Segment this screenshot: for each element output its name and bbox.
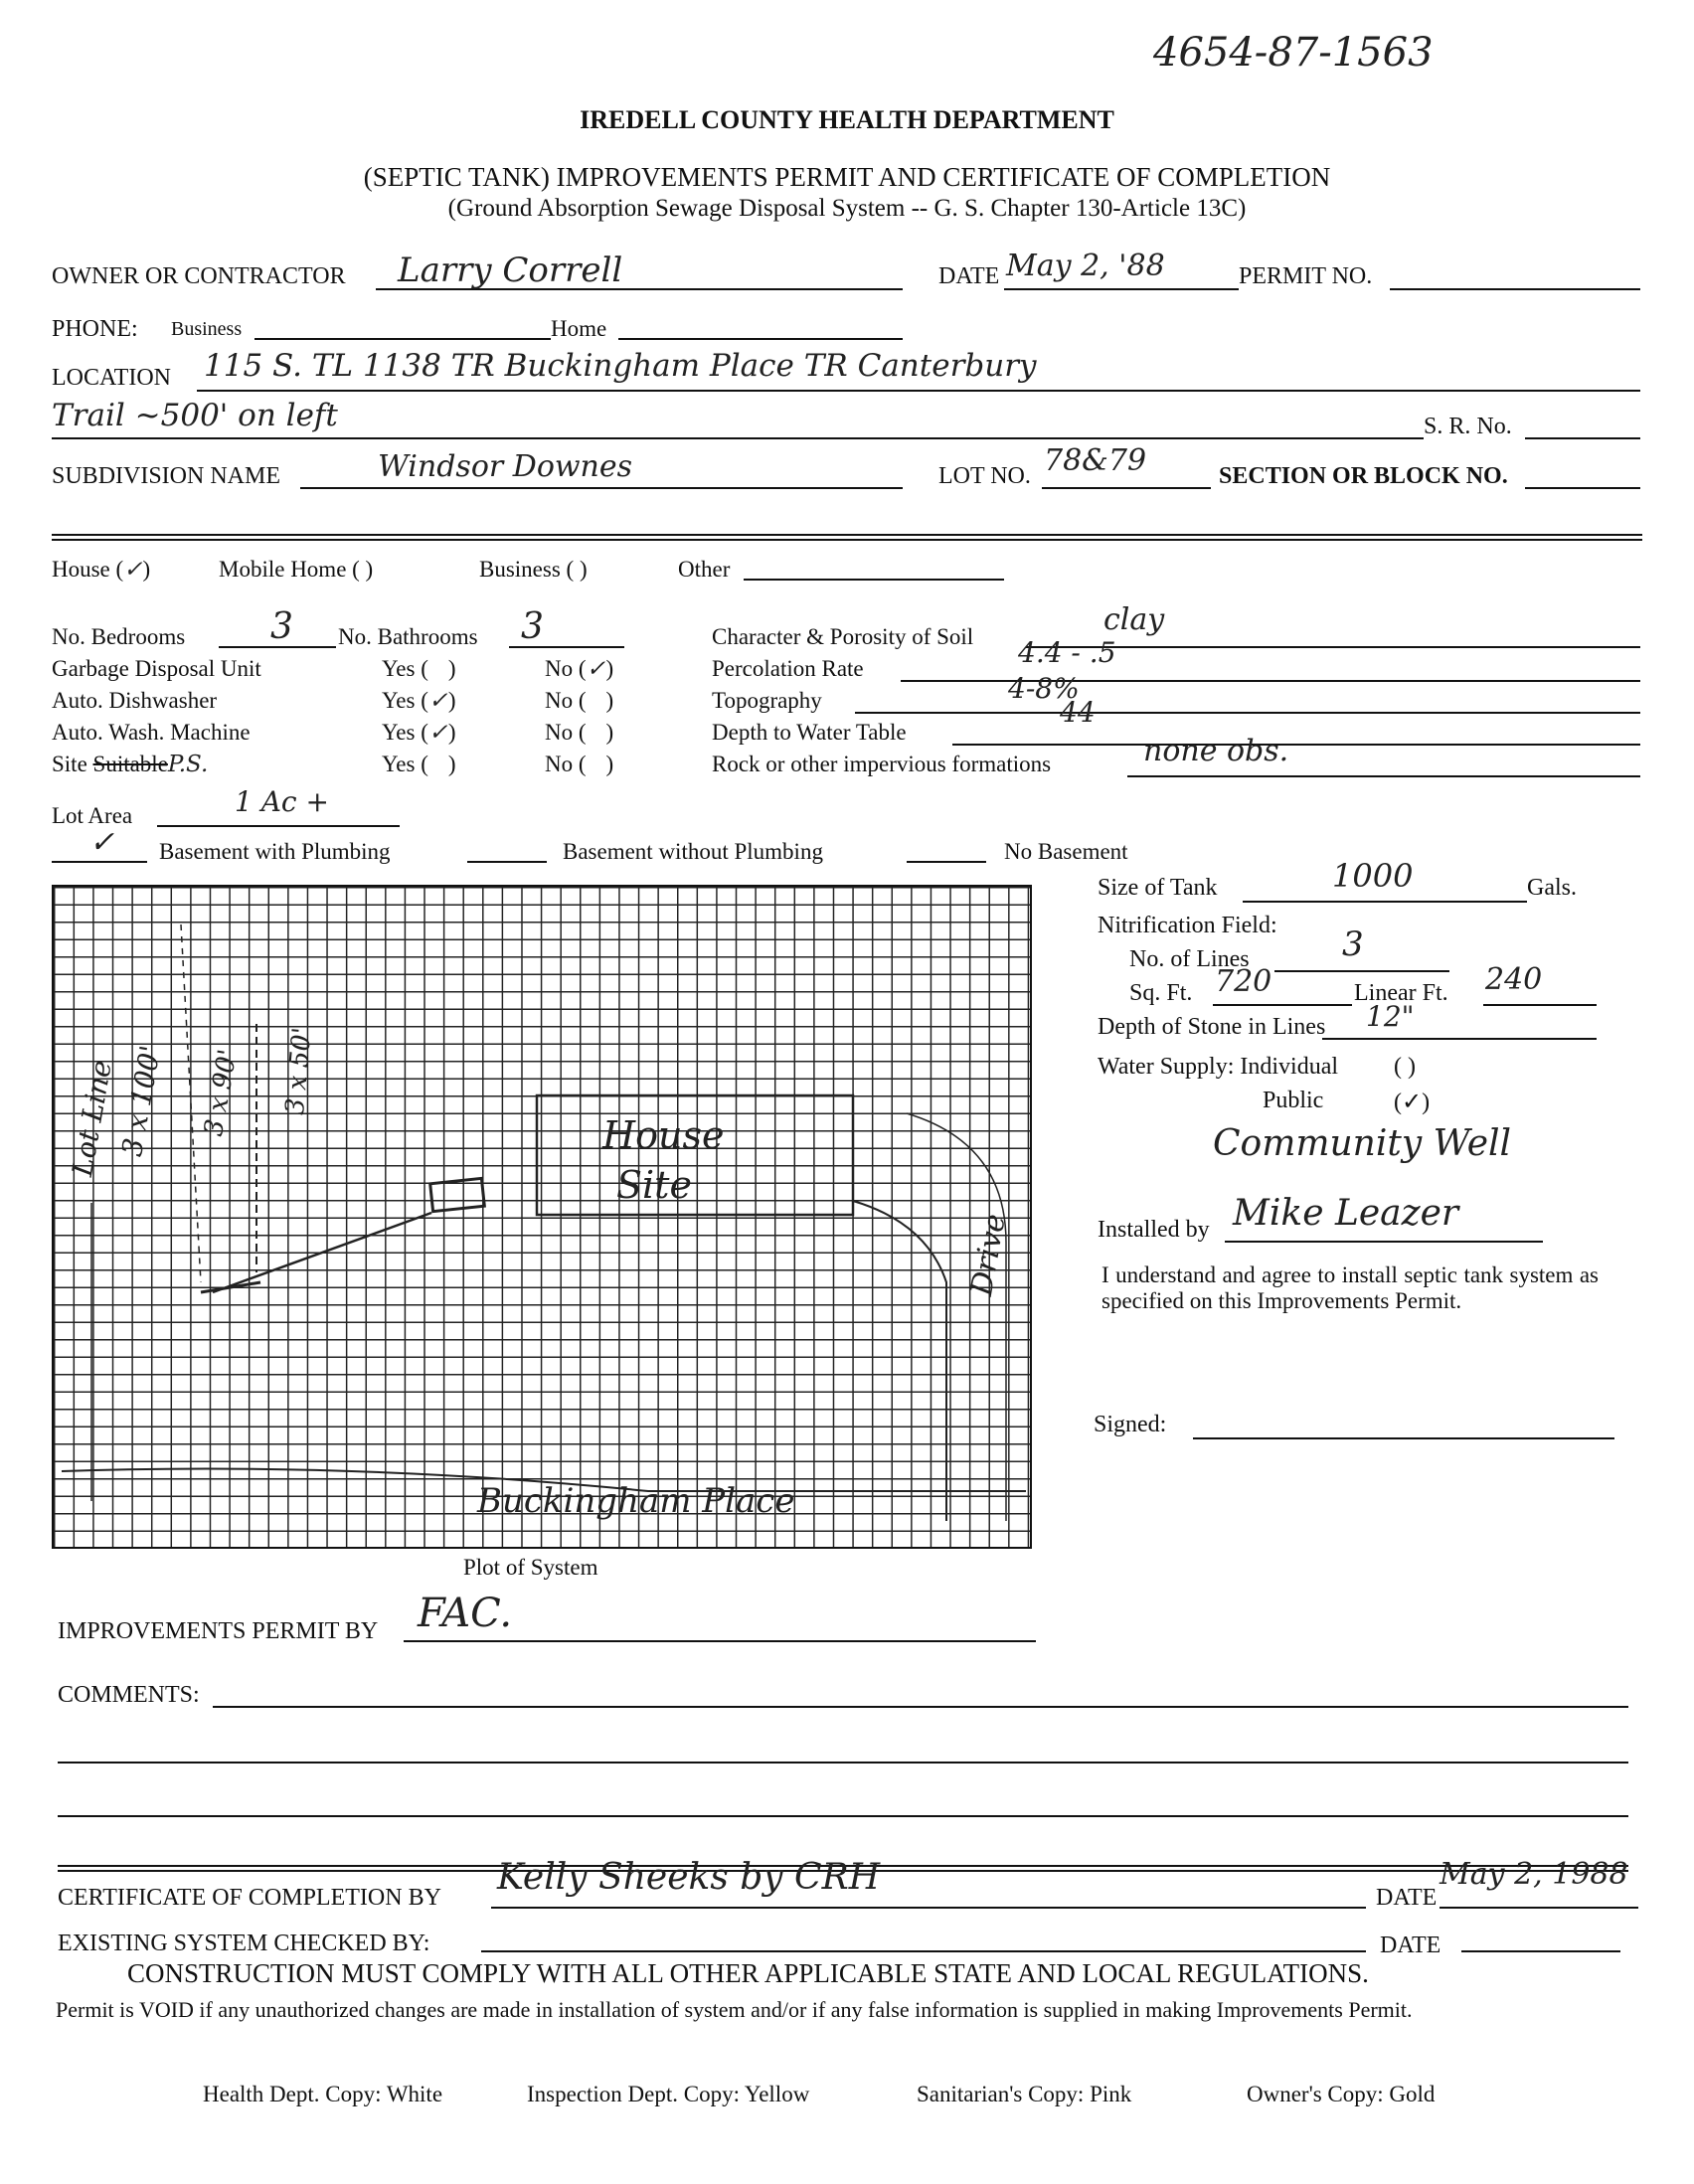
other-label: Other [678,557,730,583]
agency-title: IREDELL COUNTY HEALTH DEPARTMENT [0,105,1694,135]
comments-field-1[interactable] [213,1706,1628,1708]
no-basement-label: No Basement [1004,839,1128,865]
tank-unit: Gals. [1527,875,1577,902]
soil-character-value: clay [1103,602,1164,637]
option-label: Yes [382,752,415,776]
water-individual-option[interactable]: ( ) [1394,1054,1416,1081]
certificate-date-value: May 2, 1988 [1440,1857,1628,1892]
certificate-date-field[interactable] [1440,1907,1638,1909]
water-table-value: 44 [1060,696,1096,729]
water-table-field[interactable] [952,744,1640,746]
house-option: House (✓) [52,557,150,583]
location-line-1: 115 S. TL 1138 TR Buckingham Place TR Ca… [204,348,1037,384]
lot-no-value: 78&79 [1044,443,1146,478]
house-check-icon[interactable]: ✓ [123,557,142,583]
basement-without-label: Basement without Plumbing [563,839,823,865]
existing-checked-label: EXISTING SYSTEM CHECKED BY: [58,1931,429,1957]
sr-no-label: S. R. No. [1424,414,1512,440]
option-label: No [545,656,573,681]
no-option-3[interactable]: No () [545,752,613,777]
wash-machine-label: Auto. Wash. Machine [52,720,251,746]
section-divider [52,534,1642,541]
permit-by-field[interactable] [404,1640,1036,1642]
paren: ( [415,720,427,745]
stone-depth-value: 12" [1366,1000,1415,1033]
installed-by-label: Installed by [1098,1217,1210,1244]
existing-date-field[interactable] [1461,1950,1620,1952]
paren: ) [448,656,456,681]
plot-house-label: House [602,1113,724,1157]
stone-depth-field[interactable] [1322,1038,1597,1040]
section-field[interactable] [1525,487,1640,489]
paren: ) [448,752,456,776]
no-option-0[interactable]: No (✓) [545,656,613,682]
bathrooms-value: 3 [521,606,544,647]
compliance-notice: CONSTRUCTION MUST COMPLY WITH ALL OTHER … [127,1958,1369,1989]
plot-caption: Plot of System [463,1555,597,1581]
sr-no-field[interactable] [1525,437,1640,439]
existing-date-label: DATE [1380,1932,1440,1959]
tank-size-value: 1000 [1332,857,1413,895]
lot-area-field[interactable] [157,825,400,827]
paren: ) [448,688,456,713]
document-number: 4654-87-1563 [1153,30,1434,76]
location-line-2: Trail ~500' on left [52,398,338,433]
paren: ( [573,656,586,681]
owner-label: OWNER OR CONTRACTOR [52,263,346,290]
rock-label: Rock or other impervious formations [712,752,1051,777]
permit-no-field[interactable] [1390,288,1640,290]
plot-drawing [52,885,1036,1551]
lines-value: 3 [1342,924,1364,964]
option-label: Yes [382,688,415,713]
soil-character-field[interactable] [1026,646,1640,648]
installed-by-value: Mike Leazer [1233,1193,1458,1234]
permit-by-label: IMPROVEMENTS PERMIT BY [58,1618,378,1645]
subdivision-label: SUBDIVISION NAME [52,463,280,490]
other-field[interactable] [744,579,1004,581]
form-subtitle: (Ground Absorption Sewage Disposal Syste… [0,195,1694,223]
basement-with-check-icon: ✓ [89,825,114,860]
water-table-label: Depth to Water Table [712,720,907,746]
void-notice: Permit is VOID if any unauthorized chang… [56,1998,1487,2022]
form-title: (SEPTIC TANK) IMPROVEMENTS PERMIT AND CE… [0,162,1694,193]
basement-with-field[interactable] [52,861,147,863]
option-label: No [545,720,573,745]
copy-inspection-dept: Inspection Dept. Copy: Yellow [527,2082,809,2107]
site-suitable-label: Site SuitableP.S. [52,752,208,777]
certificate-label: CERTIFICATE OF COMPLETION BY [58,1885,441,1912]
no-option-2[interactable]: No () [545,720,613,746]
rock-field[interactable] [1127,775,1640,777]
paren: ) [606,752,614,776]
certificate-date-label: DATE [1376,1885,1437,1912]
rock-value: none obs. [1143,734,1288,768]
phone-business-label: Business [171,318,242,341]
paren: ( [573,688,586,713]
permit-no-label: PERMIT NO. [1239,263,1372,290]
installed-by-field[interactable] [1225,1241,1543,1243]
lot-area-value: 1 Ac + [235,785,329,818]
bedrooms-label: No. Bedrooms [52,624,185,650]
perc-rate-value: 4.4 - .5 [1018,636,1116,669]
yes-option-2[interactable]: Yes (✓) [382,720,456,746]
option-label: Yes [382,656,415,681]
copy-owner: Owner's Copy: Gold [1247,2082,1435,2107]
basement-with-label: Basement with Plumbing [159,839,391,865]
permit-by-value: FAC. [418,1591,512,1636]
dishwasher-label: Auto. Dishwasher [52,688,217,714]
signed-field[interactable] [1193,1437,1614,1439]
business-option[interactable]: Business ( ) [479,557,588,583]
paren: ) [606,656,614,681]
check-icon[interactable]: ✓ [428,688,448,714]
subdivision-field[interactable] [300,487,903,489]
linear-ft-value: 240 [1485,962,1542,997]
owner-value: Larry Correll [398,251,622,290]
check-icon[interactable]: ✓ [587,656,606,682]
copy-health-dept: Health Dept. Copy: White [203,2082,442,2107]
garbage-disposal-label: Garbage Disposal Unit [52,656,261,682]
soil-character-label: Character & Porosity of Soil [712,624,973,650]
sqft-field[interactable] [1213,1004,1352,1006]
nitrification-label: Nitrification Field: [1098,913,1277,939]
tank-size-label: Size of Tank [1098,875,1218,902]
site-prefix: Site [52,752,87,776]
paren: ( [415,752,427,776]
comments-label: COMMENTS: [58,1682,200,1709]
date-field[interactable] [1004,288,1239,290]
water-public-label: Public [1263,1088,1323,1114]
certificate-value: Kelly Sheeks by CRH [497,1857,880,1898]
paren: ) [448,720,456,745]
water-supply-label: Water Supply: Individual [1098,1054,1338,1081]
location-label: LOCATION [52,365,171,392]
mobile-home-option[interactable]: Mobile Home ( ) [219,557,373,583]
phone-home-label: Home [551,316,606,342]
paren: ( [415,688,427,713]
site-struck-text: Suitable [93,752,168,776]
signed-label: Signed: [1094,1412,1166,1438]
perc-rate-label: Percolation Rate [712,656,864,682]
agreement-text: I understand and agree to install septic… [1101,1262,1599,1314]
phone-label: PHONE: [52,316,138,343]
lot-no-field[interactable] [1042,487,1211,489]
basement-without-field[interactable] [467,861,547,863]
option-label: No [545,752,573,776]
phone-home-field[interactable] [618,338,903,340]
check-icon[interactable]: ✓ [428,720,448,746]
yes-option-3[interactable]: Yes () [382,752,456,777]
option-label: No [545,688,573,713]
topography-label: Topography [712,688,822,714]
location-field-2[interactable] [52,437,1424,439]
comments-field-3[interactable] [58,1815,1628,1817]
yes-option-1[interactable]: Yes (✓) [382,688,456,714]
paren: ) [606,688,614,713]
paren: ( [573,752,586,776]
copy-sanitarian: Sanitarian's Copy: Pink [917,2082,1131,2107]
yes-option-0[interactable]: Yes () [382,656,456,682]
linear-ft-field[interactable] [1483,1004,1597,1006]
certificate-field[interactable] [491,1907,1366,1909]
paren: ( [573,720,586,745]
lot-no-label: LOT NO. [938,463,1031,490]
phone-business-field[interactable] [254,338,551,340]
paren: ( [415,656,427,681]
sqft-label: Sq. Ft. [1129,980,1192,1007]
existing-checked-field[interactable] [481,1950,1366,1952]
comments-field-2[interactable] [58,1762,1628,1764]
house-label: House ( [52,557,123,582]
section-label: SECTION OR BLOCK NO. [1219,463,1508,490]
no-basement-field[interactable] [907,861,986,863]
site-note: P.S. [168,752,208,777]
paren: ) [606,720,614,745]
bathrooms-label: No. Bathrooms [338,624,478,650]
water-public-option[interactable]: (✓) [1394,1088,1430,1116]
date-label: DATE [938,263,999,290]
lines-field[interactable] [1274,970,1449,972]
water-note: Community Well [1213,1123,1511,1164]
date-value: May 2, '88 [1006,249,1165,283]
option-label: Yes [382,720,415,745]
plot-road-label: Buckingham Place [477,1481,794,1521]
topography-field[interactable] [855,712,1640,714]
location-field-1[interactable] [197,390,1640,392]
stone-depth-label: Depth of Stone in Lines [1098,1014,1325,1041]
plot-site-label: Site [616,1163,692,1207]
subdivision-value: Windsor Downes [378,449,632,484]
sqft-value: 720 [1215,964,1271,999]
no-option-1[interactable]: No () [545,688,613,714]
tank-size-field[interactable] [1243,901,1527,903]
bedrooms-value: 3 [270,606,293,647]
